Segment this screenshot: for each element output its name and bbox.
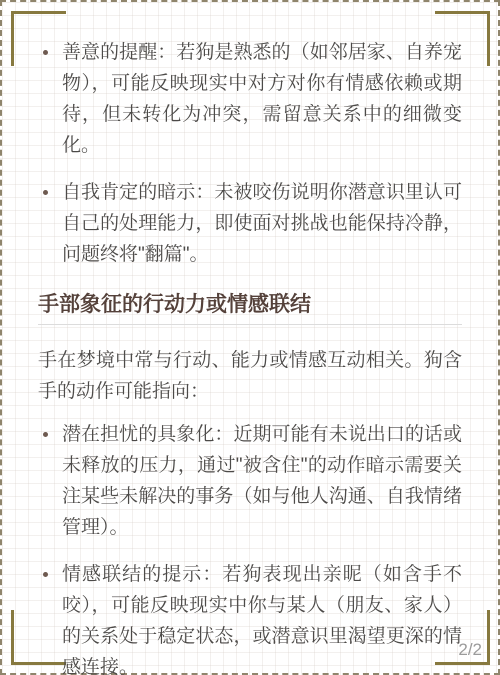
list-item: 善意的提醒：若狗是熟悉的（如邻居家、自养宠物），可能反映现实中对方对你有情感依赖… [38, 37, 462, 161]
bullet-dot-icon [43, 432, 48, 437]
list-item: 自我肯定的暗示：未被咬伤说明你潜意识里认可自己的处理能力，即使面对挑战也能保持冷… [38, 177, 462, 270]
bullet-dot-icon [43, 190, 48, 195]
bullet-dot-icon [43, 50, 48, 55]
bullet-list-bottom: 潜在担忧的具象化：近期可能有未说出口的话或未释放的压力，通过"被含住"的动作暗示… [38, 419, 462, 675]
article-page: 善意的提醒：若狗是熟悉的（如邻居家、自养宠物），可能反映现实中对方对你有情感依赖… [0, 0, 500, 675]
heading-divider [38, 324, 462, 325]
list-item: 情感联结的提示：若狗表现出亲昵（如含手不咬），可能反映现实中你与某人（朋友、家人… [38, 559, 462, 675]
list-item-text: 自我肯定的暗示：未被咬伤说明你潜意识里认可自己的处理能力，即使面对挑战也能保持冷… [62, 182, 462, 265]
list-item-text: 情感联结的提示：若狗表现出亲昵（如含手不咬），可能反映现实中你与某人（朋友、家人… [62, 564, 462, 675]
article-content: 善意的提醒：若狗是熟悉的（如邻居家、自养宠物），可能反映现实中对方对你有情感依赖… [38, 37, 462, 675]
list-item-text: 潜在担忧的具象化：近期可能有未说出口的话或未释放的压力，通过"被含住"的动作暗示… [62, 424, 462, 538]
bullet-dot-icon [43, 572, 48, 577]
section-intro: 手在梦境中常与行动、能力或情感互动相关。狗含手的动作可能指向： [38, 345, 462, 407]
list-item: 潜在担忧的具象化：近期可能有未说出口的话或未释放的压力，通过"被含住"的动作暗示… [38, 419, 462, 543]
page-indicator: 2/2 [458, 640, 482, 660]
list-item-text: 善意的提醒：若狗是熟悉的（如邻居家、自养宠物），可能反映现实中对方对你有情感依赖… [62, 42, 462, 156]
bullet-list-top: 善意的提醒：若狗是熟悉的（如邻居家、自养宠物），可能反映现实中对方对你有情感依赖… [38, 37, 462, 270]
section-heading: 手部象征的行动力或情感联结 [38, 292, 462, 318]
